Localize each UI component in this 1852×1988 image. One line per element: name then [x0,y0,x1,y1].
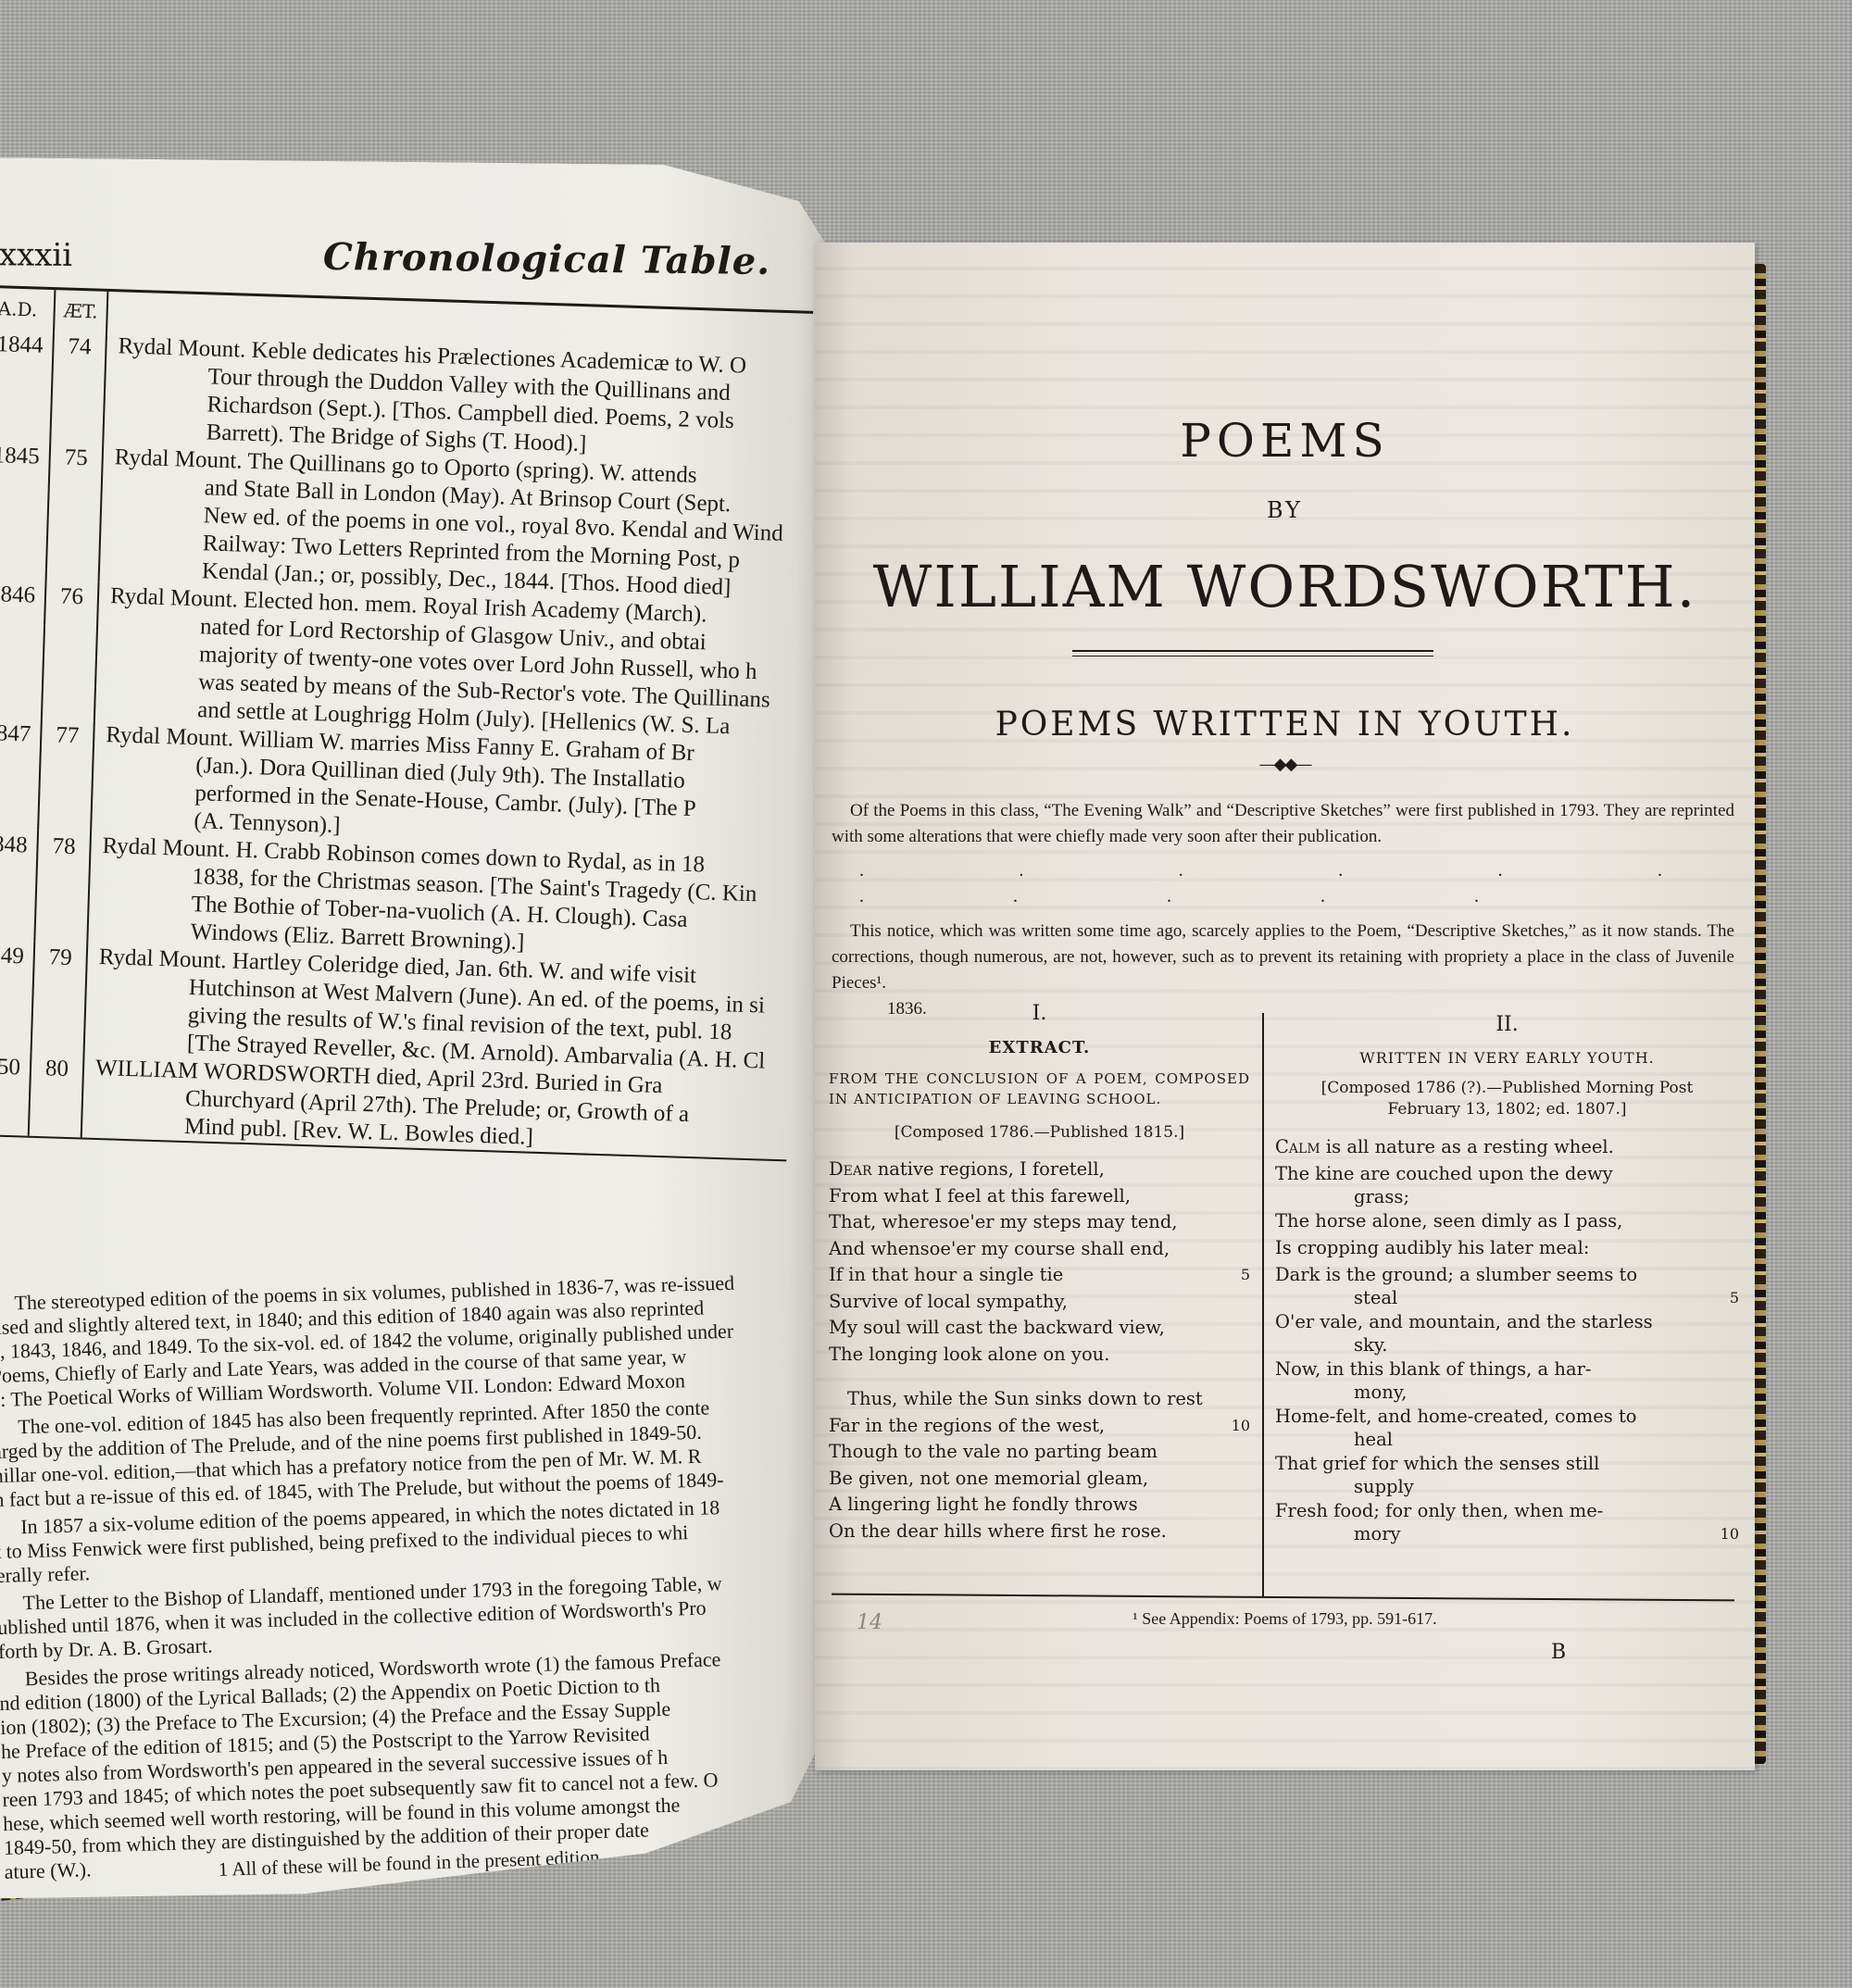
pencil-annotation: 14 [857,1611,882,1634]
verse-continuation: steal [1354,1287,1397,1308]
year-cell: 1850 [0,1051,32,1136]
intro-notice: Of the Poems in this class, “The Evening… [832,798,1734,1022]
verse-text: Far in the regions of the west, [829,1415,1105,1436]
verse-line: mory10 [1275,1524,1739,1544]
first-word: Calm [1275,1136,1320,1157]
event-cell: Rydal Mount. Elected hon. mem. Royal Iri… [95,582,804,744]
year-cell: 1844 [0,329,55,442]
section-title: POEMS WRITTEN IN YOUTH. [815,706,1755,744]
verse-line: Though to the vale no parting beam [829,1439,1250,1466]
verse-line: supply [1275,1477,1739,1497]
signature-mark: B [1551,1641,1566,1664]
edition-notes: The stereotyped edition of the poems in … [0,1269,820,1888]
verse-line: heal [1275,1430,1739,1450]
verse-line: Dear native regions, I foretell, [829,1157,1250,1183]
verse-line: Survive of local sympathy, [829,1289,1250,1316]
poem-number: II. [1275,1013,1739,1036]
age-cell: 77 [39,719,95,832]
verse-line: And whensoe'er my course shall end, [829,1236,1250,1263]
poem-1-verse: Dear native regions, I foretell, From wh… [829,1157,1250,1544]
verse-text: My soul will cast the backward view, [829,1317,1165,1338]
note-paragraph: The stereotyped edition of the poems in … [0,1269,806,1413]
line-number: 10 [1232,1413,1250,1440]
note-paragraph: The one-vol. edition of 1845 has also be… [0,1394,808,1513]
year-cell: 1847 [0,718,43,831]
verse-line: The longing look alone on you. [829,1342,1250,1369]
verse-text: On the dear hills where first he rose. [829,1520,1167,1542]
age-cell: 79 [32,942,89,1055]
table-row: 184676Rydal Mount. Elected hon. mem. Roy… [0,579,804,744]
line-number: 5 [1241,1262,1250,1289]
verse-continuation: sky. [1354,1334,1387,1356]
verse-continuation: mony, [1354,1382,1407,1403]
verse-text: And whensoe'er my course shall end, [829,1238,1170,1259]
verse-line: Be given, not one memorial gleam, [829,1466,1250,1493]
verse-line: On the dear hills where first he rose. [829,1519,1250,1545]
age-cell: 80 [30,1053,85,1138]
verse-line: Dark is the ground; a slumber seems to [1275,1261,1739,1288]
book-edge-right [1753,264,1766,1764]
verse-line: sky. [1275,1335,1739,1356]
age-cell: 75 [47,442,105,582]
ellipsis-dots: . . . . . . . . . . . [832,857,1734,909]
poem-composition-date: [Composed 1786.—Published 1815.] [829,1122,1250,1144]
first-word: Dear [829,1158,872,1180]
note-paragraph: Besides the prose writings already notic… [0,1644,820,1883]
poem-number: I. [829,1002,1250,1025]
verse-line: Far in the regions of the west,10 [829,1413,1250,1440]
poem-2-column: II. WRITTEN IN VERY EARLY YOUTH. [Compos… [1262,1013,1739,1596]
footnote: ¹ See Appendix: Poems of 1793, pp. 591-6… [815,1609,1755,1629]
age-cell: 74 [51,331,107,444]
event-cell: Rydal Mount. Hartley Coleridge died, Jan… [85,944,793,1077]
intro-paragraph-1: Of the Poems in this class, “The Evening… [832,798,1734,850]
event-cell: Rydal Mount. The Quillinans go to Oporto… [100,444,808,605]
verse-line: O'er vale, and mountain, and the starles… [1275,1308,1739,1335]
poem-2-verse: Calm is all nature as a resting wheel. T… [1275,1133,1739,1544]
verse-line: If in that hour a single tie5 [829,1262,1250,1289]
poem-subtitle: FROM THE CONCLUSION OF A POEM, COMPOSED … [829,1069,1250,1109]
event-cell: Rydal Mount. H. Crabb Robinson comes dow… [88,832,795,966]
running-head: Chronological Table. [323,235,771,283]
verse-line: The horse alone, seen dimly as I pass, [1275,1207,1739,1234]
column-header-year: A.D. [0,288,56,331]
chronological-table: A.D. ÆT. 184474Rydal Mount. Keble dedica… [0,285,813,1161]
poem-title: WRITTEN IN VERY EARLY YOUTH. [1275,1049,1739,1067]
verse-line: A lingering light he fondly throws [829,1492,1250,1519]
verse-line: My soul will cast the backward view, [829,1315,1250,1342]
title-poems: POEMS [815,414,1755,468]
verse-line: grass; [1275,1187,1739,1207]
verse-continuation: mory [1354,1523,1401,1544]
verse-continuation: grass; [1354,1186,1409,1207]
ornament-divider-icon: —◆◆— [815,755,1755,774]
verse-line: steal5 [1275,1288,1739,1308]
verse-line: mony, [1275,1382,1739,1403]
event-cell: Rydal Mount. William W. marries Miss Fan… [92,721,799,855]
year-cell: 1848 [0,829,39,942]
verse-continuation: supply [1354,1476,1414,1497]
verse-text: Though to the vale no parting beam [829,1441,1157,1462]
verse-line: Is cropping audibly his later meal: [1275,1234,1739,1261]
line-number: 5 [1730,1288,1739,1308]
table-body: 184474Rydal Mount. Keble dedicates his P… [0,329,812,1159]
double-rule-divider [1072,650,1433,656]
verse-line: That grief for which the senses still [1275,1450,1739,1477]
verse-line: Home-felt, and home-created, comes to [1275,1403,1739,1430]
year-cell: 1846 [0,579,47,719]
intro-paragraph-2: This notice, which was written some time… [832,919,1734,996]
age-cell: 78 [35,831,92,944]
verse-text: If in that hour a single tie [829,1264,1063,1285]
verse-text: Be given, not one memorial gleam, [829,1468,1148,1489]
verse-text: Thus, while the Sun sinks down to rest [847,1388,1203,1409]
verse-text: A lingering light he fondly throws [829,1494,1138,1515]
year-cell: 1849 [0,940,35,1053]
poem-title: EXTRACT. [829,1038,1250,1057]
column-header-age: ÆT. [55,290,108,332]
verse-continuation: heal [1354,1429,1393,1450]
left-page: xxxii Chronological Table. A.D. ÆT. 1844… [0,157,833,1926]
poem-composition-date: [Composed 1786 (?).—Published Morning Po… [1275,1078,1739,1120]
verse-line: The kine are couched upon the dewy [1275,1160,1739,1187]
verse-line: Calm is all nature as a resting wheel. [1275,1133,1739,1160]
verse-line: Thus, while the Sun sinks down to rest [829,1386,1250,1413]
age-cell: 76 [43,581,100,721]
right-page: POEMS BY WILLIAM WORDSWORTH. POEMS WRITT… [815,243,1755,1770]
verse-text: Survive of local sympathy, [829,1291,1068,1312]
year-cell: 1845 [0,440,51,581]
verse-text: From what I feel at this farewell, [829,1185,1131,1207]
event-cell: Rydal Mount. Keble dedicates his Prælect… [104,332,811,466]
title-by: BY [815,497,1755,523]
table-row: 184575Rydal Mount. The Quillinans go to … [0,440,808,605]
poem-1-column: I. EXTRACT. FROM THE CONCLUSION OF A POE… [829,1002,1250,1544]
photo-scene: xxxii Chronological Table. A.D. ÆT. 1844… [0,0,1852,1988]
verse-line: From what I feel at this farewell, [829,1183,1250,1210]
verse-line: That, wheresoe'er my steps may tend, [829,1209,1250,1236]
verse-text: The longing look alone on you. [829,1344,1109,1365]
verse-line: Fresh food; for only then, when me- [1275,1497,1739,1524]
title-author: WILLIAM WORDSWORTH. [815,553,1755,620]
page-number: xxxii [0,236,72,274]
line-number: 10 [1721,1524,1739,1544]
verse-line: Now, in this blank of things, a har- [1275,1356,1739,1382]
verse-text: That, wheresoe'er my steps may tend, [829,1211,1178,1232]
